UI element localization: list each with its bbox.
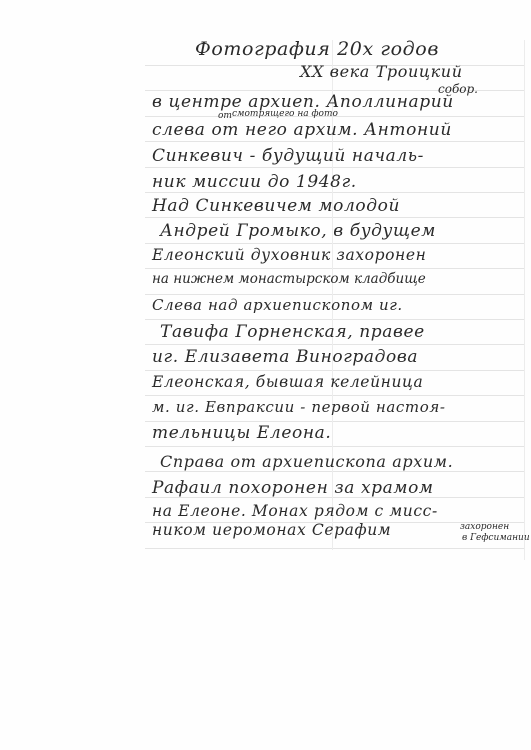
text-line: Над Синкевичем молодой	[152, 196, 400, 216]
annotation-sup: захоронен	[460, 522, 509, 532]
ruled-line	[145, 319, 525, 320]
ruled-line	[145, 294, 525, 295]
text-line: слева от него архим. Антоний	[152, 120, 452, 140]
ruled-line	[145, 395, 525, 396]
ruled-line	[145, 344, 525, 345]
text-line: иг. Елизавета Виноградова	[152, 347, 418, 367]
text-line: Справа от архиепископа архим.	[160, 452, 453, 471]
text-line: ником иеромонах Серафим	[152, 521, 391, 539]
annotation-sub: в Гефсимании	[462, 533, 530, 543]
text-line: Слева над архиепископом иг.	[152, 296, 403, 314]
ruled-line	[145, 370, 525, 371]
ruled-line	[145, 141, 525, 142]
title-line-1: Фотография 20х годов	[195, 38, 439, 60]
ruled-line	[145, 243, 525, 244]
text-line: Тавифа Горненская, правее	[160, 322, 425, 342]
ruled-line	[145, 167, 525, 168]
text-line: тельницы Елеона.	[152, 423, 331, 443]
ruled-line	[145, 446, 525, 447]
ruled-line	[145, 192, 525, 193]
title-line-2: XX века Троицкий	[300, 62, 463, 81]
text-line: на нижнем монастырском кладбище	[152, 271, 426, 287]
text-line: Синкевич - будущий началь-	[152, 146, 424, 166]
text-line: Андрей Громыко, в будущем	[160, 221, 436, 241]
text-line: на Елеоне. Монах рядом с мисс-	[152, 502, 438, 520]
text-line: м. иг. Евпраксии - первой настоя-	[152, 398, 446, 416]
ruled-line	[145, 548, 525, 549]
page-edge-line	[524, 40, 525, 560]
ruled-line	[145, 268, 525, 269]
handwritten-page: Фотография 20х годов XX века Троицкий со…	[0, 0, 531, 750]
text-line: Елеонский духовник захоронен	[152, 246, 426, 264]
text-line: Рафаил похоронен за храмом	[152, 478, 434, 498]
text-line: Елеонская, бывшая келейница	[152, 373, 423, 391]
annotation-above-line: смотрящего на фото	[232, 109, 338, 119]
ruled-line	[145, 421, 525, 422]
text-line: ник миссии до 1948г.	[152, 172, 357, 192]
ruled-line	[145, 217, 525, 218]
ruled-line	[145, 471, 525, 472]
